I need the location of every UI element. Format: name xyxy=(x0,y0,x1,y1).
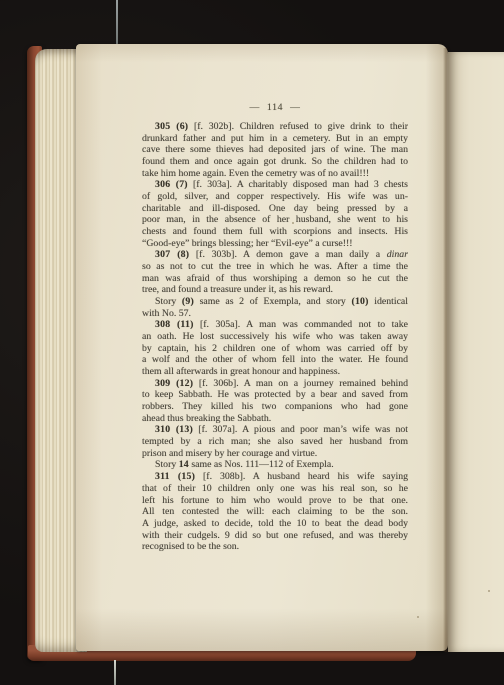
text-line: a wolf and the other of whom fell into t… xyxy=(142,354,408,366)
text-line: “Good-eye” brings blessing; her “Evil-ey… xyxy=(142,238,408,250)
text-line: 307 (8) [f. 303b]. A demon gave a man da… xyxy=(142,249,408,261)
cradle-wire-bottom xyxy=(114,660,116,685)
text-line: tempted by a rich man; she also saved he… xyxy=(142,436,408,448)
book-photo: — 114 — 305 (6) [f. 302b]. Children refu… xyxy=(0,0,504,685)
text-line: an oath. He lost successively his wife w… xyxy=(142,331,408,343)
text-line: recognised to be the son. xyxy=(142,541,408,553)
text-line: All ten contested the will: each claimin… xyxy=(142,506,408,518)
text-line: poor man, in the absence of her husband,… xyxy=(142,214,408,226)
printed-text-block: — 114 — 305 (6) [f. 302b]. Children refu… xyxy=(142,101,408,553)
text-line: that of their 10 children only one was h… xyxy=(142,483,408,495)
text-line: 306 (7) [f. 303a]. A charitably disposed… xyxy=(142,179,408,191)
text-line: Story (9) same as 2 of Exempla, and stor… xyxy=(142,296,408,308)
paragraph-entry-310: 310 (13) [f. 307a]. A pious and poor man… xyxy=(142,424,408,459)
text-line: cave there some thieves had deposited ja… xyxy=(142,144,408,156)
text-line: them all afterwards in great honour and … xyxy=(142,366,408,378)
dust-speck xyxy=(417,616,419,618)
text-line: drunkard father and put him in a cemeter… xyxy=(142,133,408,145)
paragraph-entry-308: 308 (11) [f. 305a]. A man was commanded … xyxy=(142,319,408,377)
text-line: found them and once again got drunk. So … xyxy=(142,156,408,168)
page-number: — 114 — xyxy=(142,101,408,121)
text-line: chests and found them full with scorpion… xyxy=(142,226,408,238)
text-line: tree, and found a treasure under it, as … xyxy=(142,284,408,296)
dust-speck xyxy=(488,590,490,592)
text-line: 309 (12) [f. 306b]. A man on a journey r… xyxy=(142,378,408,390)
text-line: robbers. They killed his two companions … xyxy=(142,401,408,413)
text-line: ahead thus breaking the Sabbath. xyxy=(142,413,408,425)
text-line: take him home again. Even the cemetry wa… xyxy=(142,168,408,180)
text-line: A judge, asked to decide, told the 10 to… xyxy=(142,518,408,530)
paragraph-entry-story-9-10: Story (9) same as 2 of Exempla, and stor… xyxy=(142,296,408,319)
text-line: of gold, silver, and copper respectively… xyxy=(142,191,408,203)
paragraph-entry-story-14: Story 14 same as Nos. 111—112 of Exempla… xyxy=(142,459,408,471)
text-line: 305 (6) [f. 302b]. Children refused to g… xyxy=(142,121,408,133)
gutter-shadow xyxy=(443,48,448,652)
cradle-wire-top xyxy=(116,0,118,47)
text-line: charitable and ill-disposed. One day bei… xyxy=(142,203,408,215)
text-line: 308 (11) [f. 305a]. A man was commanded … xyxy=(142,319,408,331)
facing-page-edge xyxy=(448,52,504,652)
text-line: left his fortune to him who would prove … xyxy=(142,495,408,507)
paragraph-entry-311: 311 (15) [f. 308b]. A husband heard his … xyxy=(142,471,408,553)
text-line: with No. 57. xyxy=(142,308,408,320)
text-line: prison and misery by her courage and vir… xyxy=(142,448,408,460)
paragraph-entry-307: 307 (8) [f. 303b]. A demon gave a man da… xyxy=(142,249,408,296)
text-line: with their cudgels. 9 did so but one ref… xyxy=(142,530,408,542)
paragraph-entry-306: 306 (7) [f. 303a]. A charitably disposed… xyxy=(142,179,408,249)
text-line: 311 (15) [f. 308b]. A husband heard his … xyxy=(142,471,408,483)
body-text: 305 (6) [f. 302b]. Children refused to g… xyxy=(142,121,408,553)
paragraph-entry-309: 309 (12) [f. 306b]. A man on a journey r… xyxy=(142,378,408,425)
text-line: to keep Sabbath. He was protected by a b… xyxy=(142,389,408,401)
text-line: 310 (13) [f. 307a]. A pious and poor man… xyxy=(142,424,408,436)
paragraph-entry-305: 305 (6) [f. 302b]. Children refused to g… xyxy=(142,121,408,179)
text-line: by captain, his 2 children one of whom w… xyxy=(142,343,408,355)
text-line: so as not to cut the tree in which he wa… xyxy=(142,261,408,273)
text-line: Story 14 same as Nos. 111—112 of Exempla… xyxy=(142,459,408,471)
text-line: man was afraid of thus worshiping a demo… xyxy=(142,273,408,285)
